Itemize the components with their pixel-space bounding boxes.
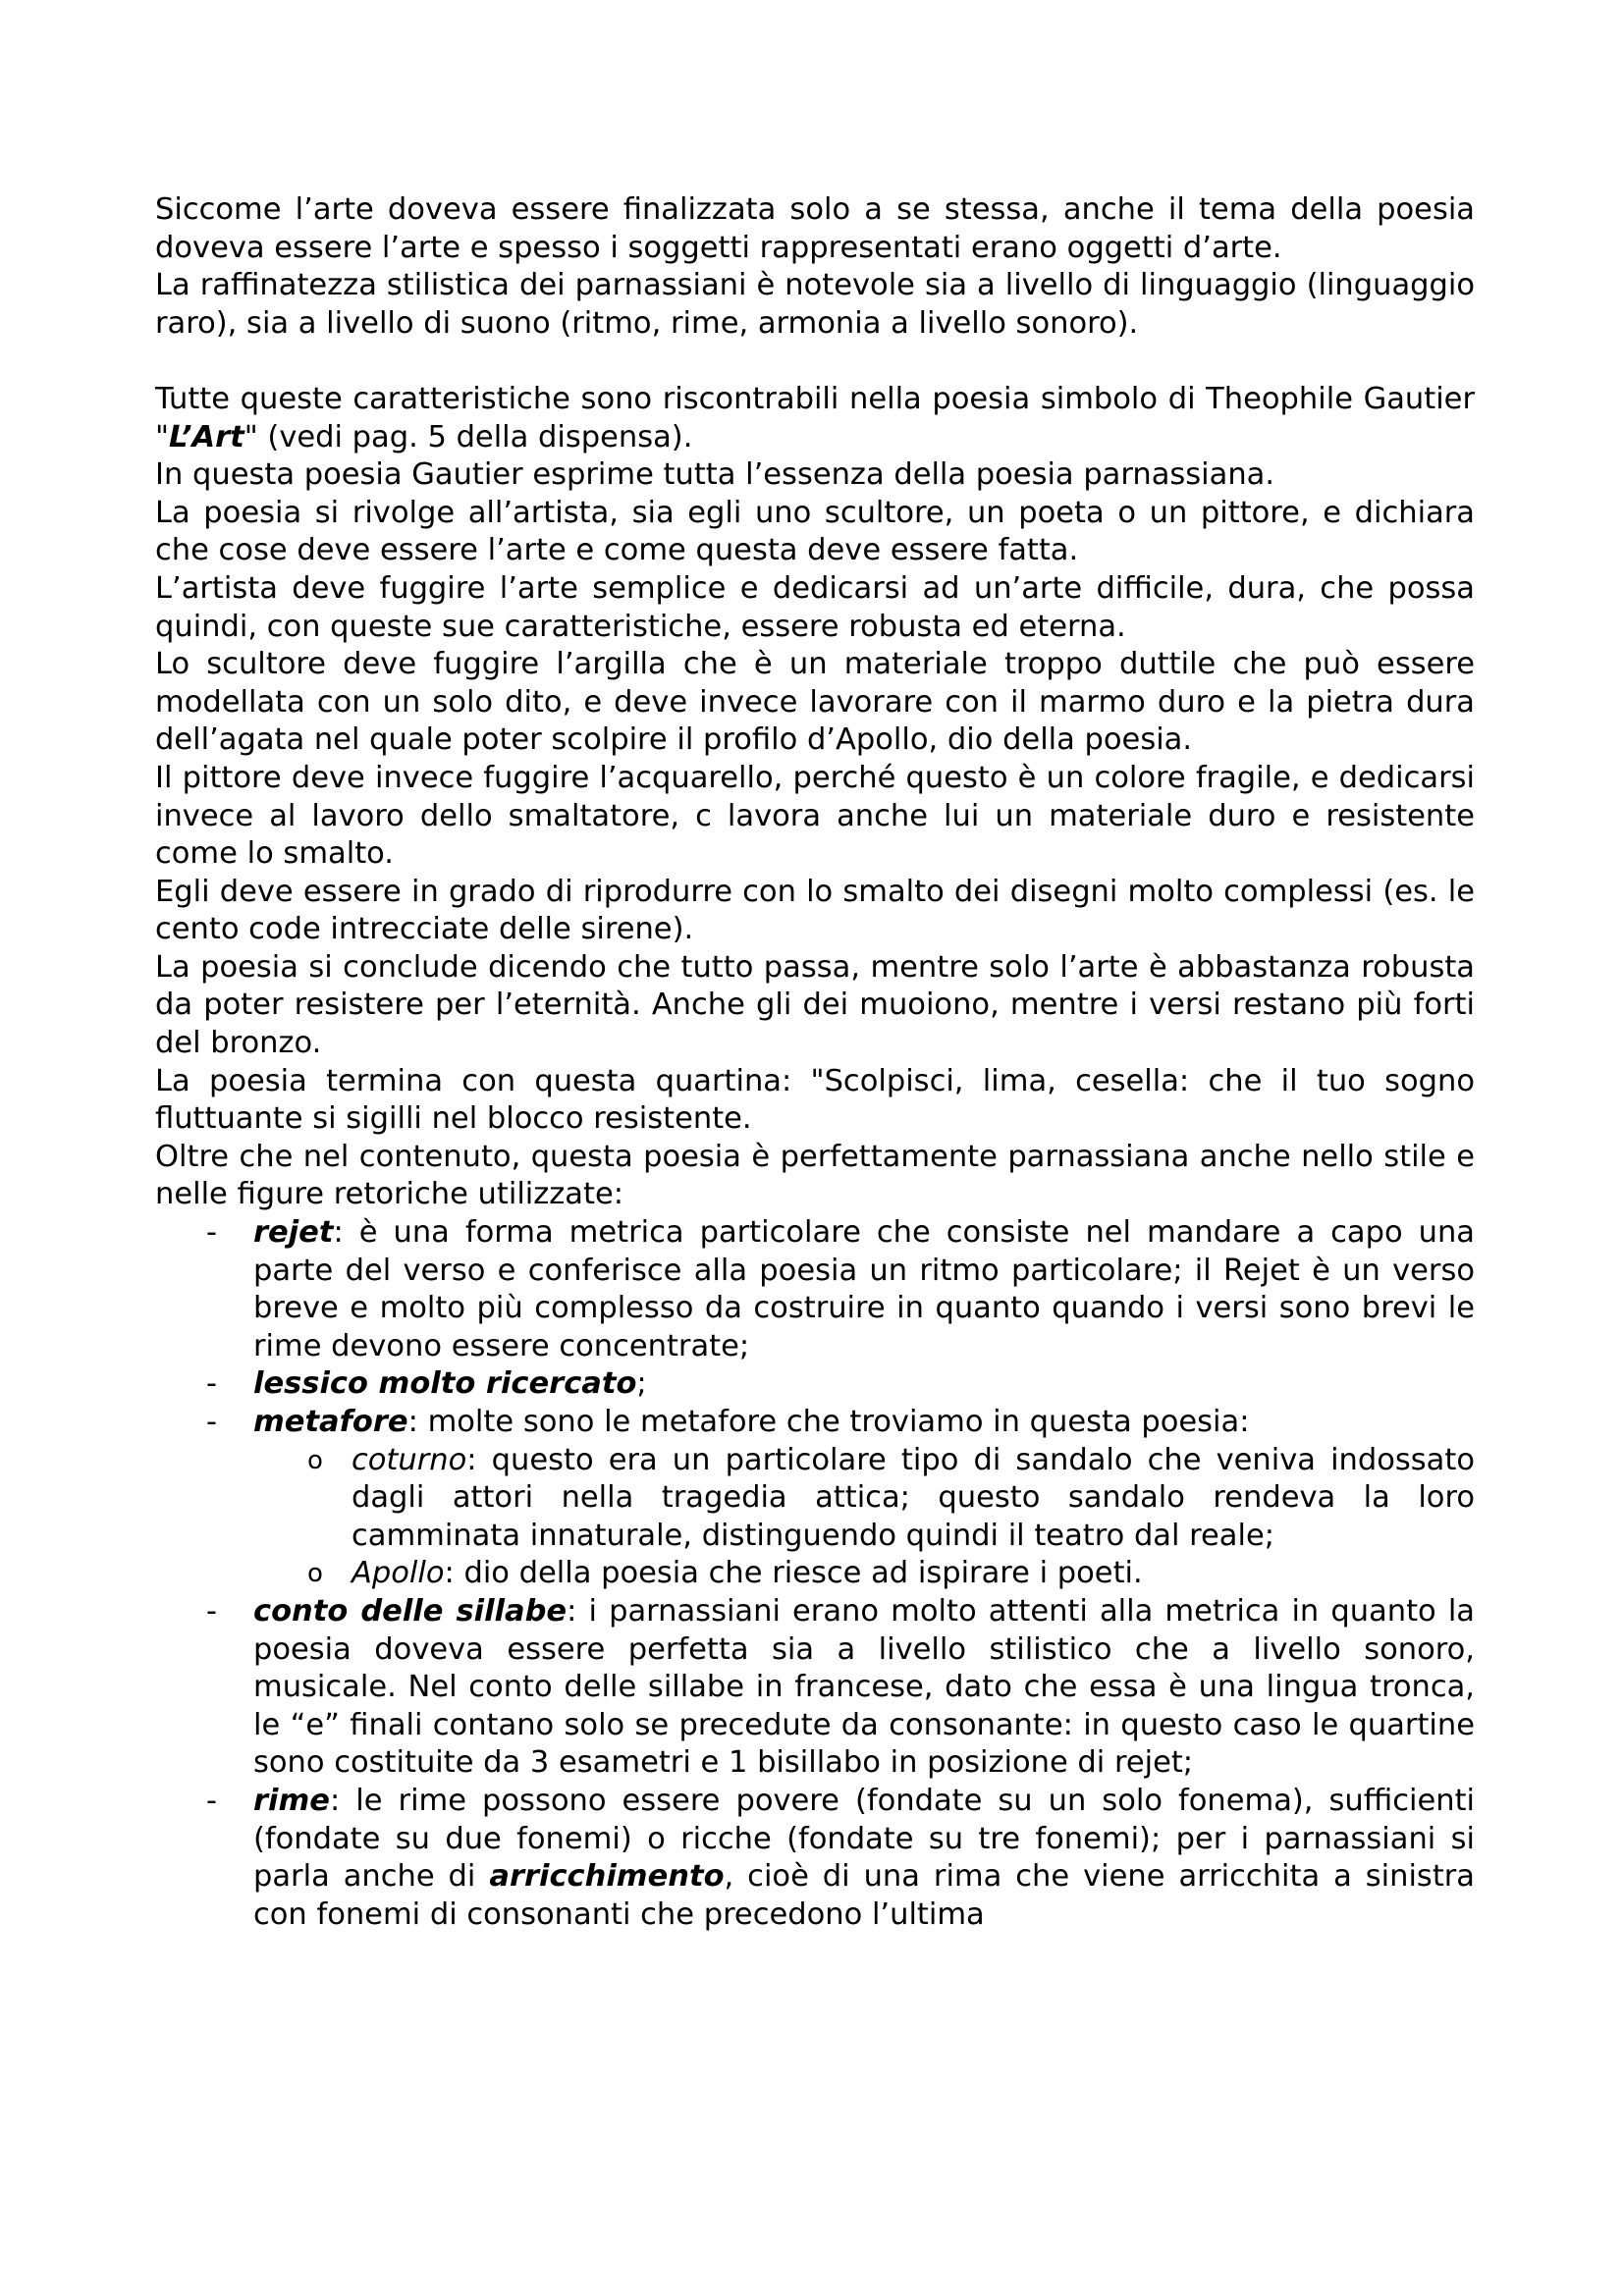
dash-bullet-icon: - [206,1214,217,1253]
blank-line [155,343,1475,381]
paragraph-enamel: Egli deve essere in grado di riprodurre … [155,874,1475,949]
term: Apollo [352,1556,445,1590]
dash-bullet-icon: - [206,1404,217,1442]
circle-bullet-icon: o [307,1555,323,1593]
rhetorical-figures-list: - rejet: è una forma metrica particolare… [155,1214,1475,1934]
sublist-item-coturno: o coturno: questo era un particolare tip… [253,1442,1475,1556]
circle-bullet-icon: o [307,1442,323,1480]
paragraph-conclusion: La poesia si conclude dicendo che tutto … [155,949,1475,1063]
paragraph-gautier-intro: Tutte queste caratteristiche sono riscon… [155,381,1475,456]
paragraph-stylistic-refinement: La raffinatezza stilistica dei parnassia… [155,267,1475,343]
paragraph-painter: Il pittore deve invece fuggire l’acquare… [155,760,1475,874]
paragraph-final-quatrain: La poesia termina con questa quartina: "… [155,1063,1475,1139]
definition: : questo era un particolare tipo di sand… [352,1443,1475,1553]
list-item-rejet: - rejet: è una forma metrica particolare… [155,1214,1475,1365]
metaphors-sublist: o coturno: questo era un particolare tip… [253,1442,1475,1593]
emphasis-term: arricchimento [489,1859,724,1894]
definition: : è una forma metrica particolare che co… [253,1215,1475,1363]
definition: : molte sono le metafore che troviamo in… [408,1405,1250,1439]
paragraph-difficult-art: L’artista deve fuggire l’arte semplice e… [155,570,1475,646]
term: rime [253,1784,330,1818]
gautier-intro-ref: " (vedi pag. 5 della dispensa). [244,420,693,454]
poem-title: L’Art [169,420,244,454]
sublist-item-apollo: o Apollo: dio della poesia che riesce ad… [253,1555,1475,1593]
paragraph-sculptor: Lo scultore deve fuggire l’argilla che è… [155,646,1475,760]
paragraph-essence: In questa poesia Gautier esprime tutta l… [155,456,1475,495]
term: conto delle sillabe [253,1594,567,1629]
list-item-conto-sillabe: - conto delle sillabe: i parnassiani era… [155,1593,1475,1783]
definition: ; [636,1366,646,1401]
paragraph-style-intro: Oltre che nel contenuto, questa poesia è… [155,1139,1475,1214]
term: coturno [352,1443,466,1477]
list-item-metafore: - metafore: molte sono le metafore che t… [155,1404,1475,1593]
list-item-rime: - rime: le rime possono essere povere (f… [155,1783,1475,1934]
term: metafore [253,1405,408,1439]
list-item-lessico: - lessico molto ricercato; [155,1365,1475,1404]
paragraph-art-theme: Siccome l’arte doveva essere finalizzata… [155,191,1475,267]
dash-bullet-icon: - [206,1783,217,1821]
term: lessico molto ricercato [253,1366,636,1401]
dash-bullet-icon: - [206,1365,217,1404]
paragraph-addresses-artist: La poesia si rivolge all’artista, sia eg… [155,495,1475,570]
definition: : dio della poesia che riesce ad ispirar… [445,1556,1143,1590]
document-page: Siccome l’arte doveva essere finalizzata… [155,191,1475,1934]
dash-bullet-icon: - [206,1593,217,1631]
term: rejet [253,1215,333,1250]
